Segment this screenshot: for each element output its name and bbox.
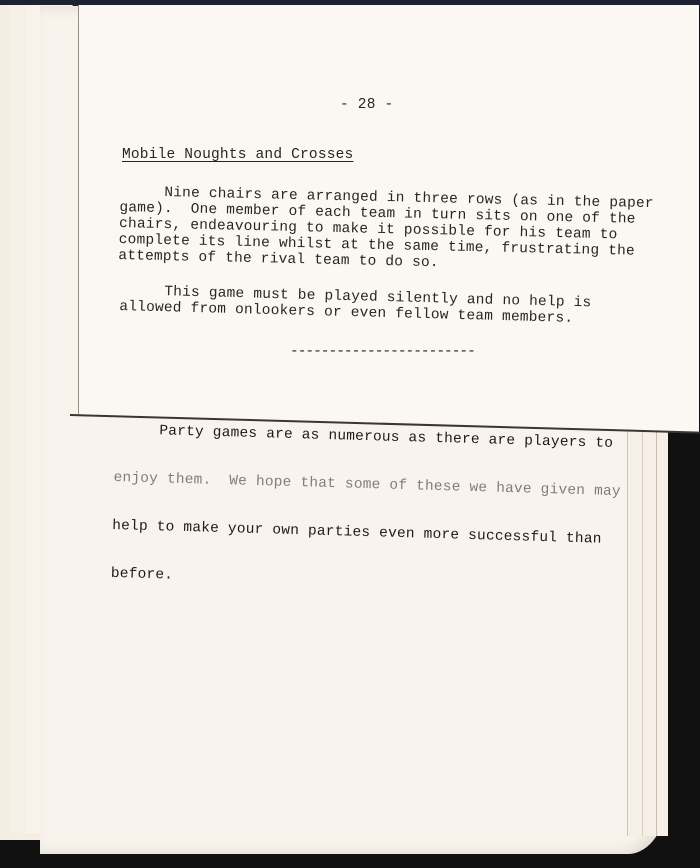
page-number: - 28 - <box>340 97 393 113</box>
paragraph-rules: Nine chairs are arranged in three rows (… <box>118 184 654 276</box>
closing-paragraph: Party games are as numerous as there are… <box>110 390 623 612</box>
closing-line: Party games are as numerous as there are… <box>115 422 623 452</box>
closing-line: before. <box>111 566 619 596</box>
separator-rule: ------------------------ <box>290 344 475 360</box>
closing-line: help to make your own parties even more … <box>112 518 620 548</box>
section-title: Mobile Noughts and Crosses <box>122 147 353 163</box>
closing-line-obscured: enjoy them. We hope that some of these w… <box>113 470 621 500</box>
